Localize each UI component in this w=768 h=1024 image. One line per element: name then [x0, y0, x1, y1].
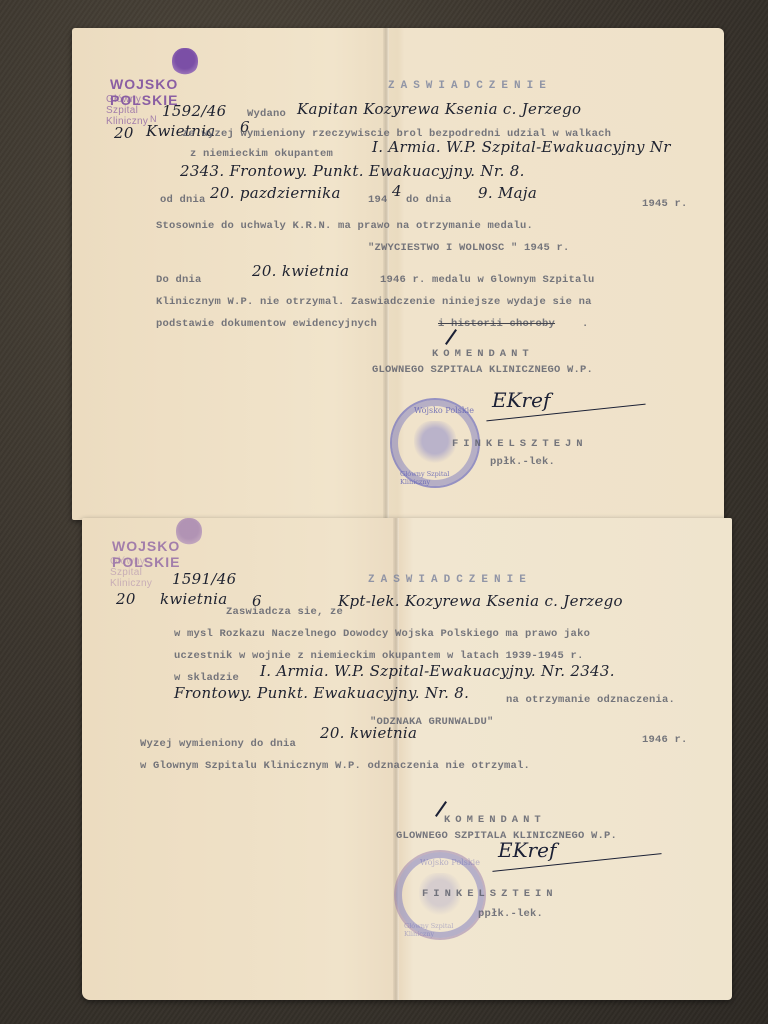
signature-title: KOMENDANT: [432, 348, 534, 360]
pen-mark: [445, 329, 457, 345]
typed-text: 1945 r.: [642, 198, 688, 210]
seal-bottom-text: Główny Szpital Kliniczny: [404, 922, 484, 938]
typed-text: z niemieckim okupantem: [190, 148, 333, 160]
signatory-name: FINKELSZTEJN: [452, 438, 588, 450]
medal-name: "ZWYCIESTWO I WOLNOSC " 1945 r.: [368, 242, 570, 254]
typed-text: do dnia: [406, 194, 452, 206]
typed-text: 1946 r. medalu w Glownym Szpitalu: [380, 274, 595, 286]
typed-text: na otrzymanie odznaczenia.: [506, 694, 675, 706]
date-month: kwietnia: [160, 590, 227, 608]
recipient-name: Kapitan Kozyrewa Ksenia c. Jerzego: [297, 100, 581, 118]
typed-text: .: [582, 318, 589, 330]
unit-handwritten-2: 2343. Frontowy. Punkt. Ewakuacyjny. Nr. …: [180, 162, 525, 180]
typed-text: 1946 r.: [642, 734, 688, 746]
typed-text: w mysl Rozkazu Naczelnego Dowodcy Wojska…: [174, 628, 590, 640]
certificate-document-1: WOJSKO POLSKIE Główny Szpital Kliniczny …: [72, 28, 724, 520]
recipient-name: Kpt-lek. Kozyrewa Ksenia c. Jerzego: [338, 592, 623, 610]
service-start-date: 20. pazdziernika: [210, 184, 341, 202]
seal-top-text: Wojsko Polskie: [420, 858, 480, 867]
paper-fold: [393, 518, 399, 1000]
date-day: 20: [116, 590, 136, 608]
typed-text: Klinicznym W.P. nie otrzymal. Zaswiadcze…: [156, 296, 592, 308]
seal-eagle-icon: [414, 421, 455, 466]
typed-text: Wydano: [247, 108, 286, 120]
signatory-name: FINKELSZTEIN: [422, 888, 558, 900]
typed-text: Stosownie do uchwaly K.R.N. ma prawo na …: [156, 220, 533, 232]
typed-text: w skladzie: [174, 672, 239, 684]
signature-org: GLOWNEGO SZPITALA KLINICZNEGO W.P.: [372, 364, 593, 376]
document-number: 1591/46: [172, 570, 236, 588]
typed-text: podstawie dokumentow ewidencyjnych: [156, 318, 377, 330]
typed-text: Zaswiadcza sie, ze: [226, 606, 343, 618]
unit-handwritten-2: Frontowy. Punkt. Ewakuacyjny. Nr. 8.: [174, 684, 469, 702]
seal-top-text: Wojsko Polskie: [414, 406, 474, 415]
typed-text: Wyzej wymieniony do dnia: [140, 738, 296, 750]
typed-text: 194: [368, 194, 388, 206]
document-heading: ZASWIADCZENIE: [368, 574, 532, 586]
signature-title: KOMENDANT: [444, 814, 546, 826]
date-day: 20: [114, 124, 134, 142]
signatory-rank: ppłk.-lek.: [490, 456, 555, 468]
typed-text: uczestnik w wojnie z niemieckim okupante…: [174, 650, 584, 662]
unit-handwritten: I. Armia. W.P. Szpital-Ewakuacyjny Nr: [372, 138, 671, 156]
unit-handwritten: I. Armia. W.P. Szpital-Ewakuacyjny. Nr. …: [260, 662, 615, 680]
seal-bottom-text: Główny Szpital Kliniczny: [400, 470, 478, 486]
letterhead-subtitle: Główny Szpital Kliniczny: [110, 556, 152, 589]
as-of-date: 20. kwietnia: [252, 262, 349, 280]
as-of-date: 20. kwietnia: [320, 724, 417, 742]
struck-text: i historii choroby: [438, 318, 555, 330]
typed-text: Do dnia: [156, 274, 202, 286]
handwritten-text: 4: [392, 182, 402, 200]
document-heading: ZASWIADCZENIE: [388, 80, 552, 92]
signatory-rank: ppłk.-lek.: [478, 908, 543, 920]
letterhead-subtitle: Główny Szpital Kliniczny: [106, 94, 148, 127]
signature: EKref: [498, 838, 556, 862]
typed-text: od dnia: [160, 194, 206, 206]
service-end-date: 9. Maja: [478, 184, 537, 202]
typed-text: w Glownym Szpitalu Klinicznym W.P. odzna…: [140, 760, 530, 772]
signature: EKref: [492, 388, 550, 412]
certificate-document-2: WOJSKO POLSKIE Główny Szpital Kliniczny …: [82, 518, 732, 1000]
document-number: 1592/46: [162, 102, 226, 120]
polish-eagle-icon: [172, 48, 198, 76]
